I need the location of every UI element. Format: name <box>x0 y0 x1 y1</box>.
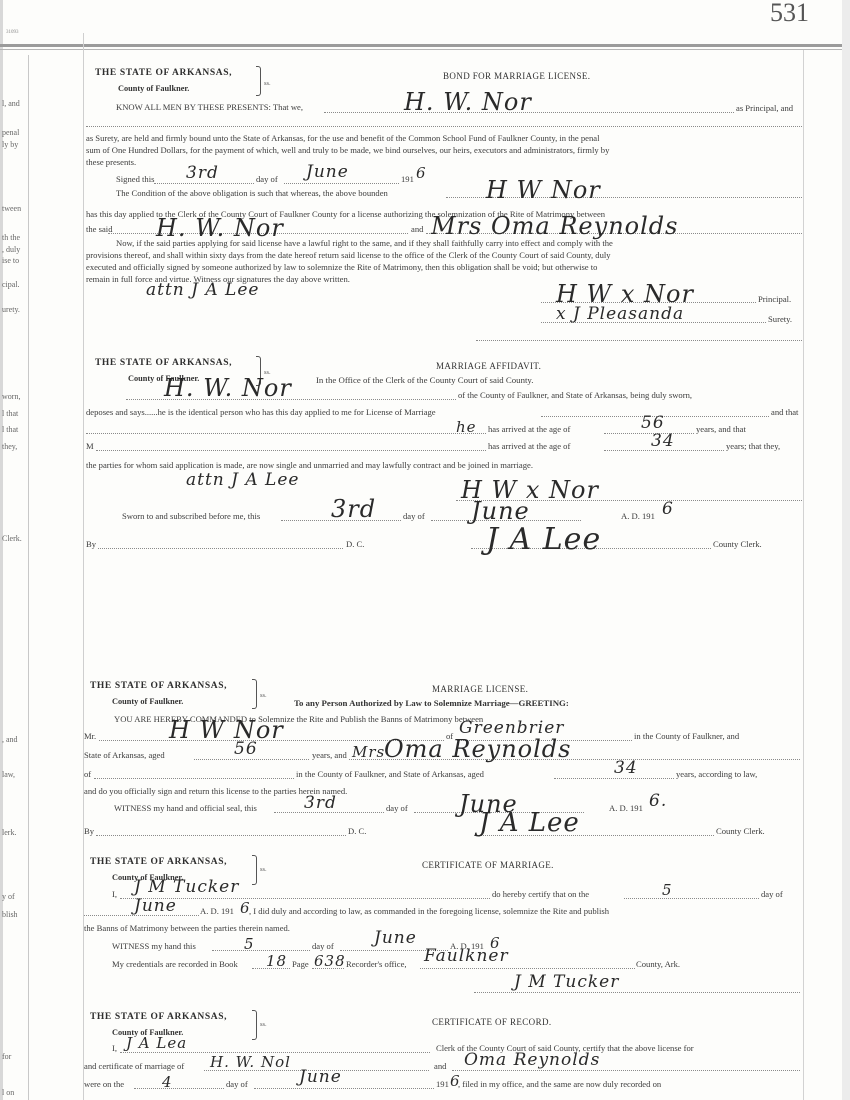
affiant-name: H. W. Nor <box>164 374 292 402</box>
marriage-month: June <box>134 896 177 916</box>
right-margin-line <box>803 50 804 1100</box>
bride-age: 34 <box>614 758 638 778</box>
state-label: THE STATE OF ARKANSAS, <box>90 857 227 867</box>
years-law-text: years, according to law, <box>676 769 757 779</box>
signed-year-digit: 6 <box>416 164 427 182</box>
dc-text: D. C. <box>346 539 364 549</box>
years-and-text: years, and <box>312 750 347 760</box>
book-number: 18 <box>266 952 287 970</box>
bleed-text: urety. <box>2 305 20 314</box>
bleed-text: , and <box>2 735 18 744</box>
conditions-line: executed and officially signed by someon… <box>86 262 597 272</box>
surety-label: Surety. <box>768 314 792 324</box>
witness-signature: attn J A Lee <box>146 280 259 300</box>
fill-line <box>212 950 310 951</box>
greeting-text: To any Person Authorized by Law to Solem… <box>294 698 569 708</box>
bleed-text: tween <box>2 204 21 213</box>
sworn-year-digit: 6 <box>662 499 674 519</box>
sworn-text: Sworn to and subscribed before me, this <box>122 511 260 521</box>
recorder-text: Recorder's office, <box>346 959 407 969</box>
day-of-text: day of <box>256 174 278 184</box>
day-of-text: day of <box>403 511 425 521</box>
sworn-month: June <box>471 497 530 525</box>
in-county-text: in the County of Faulkner, and State of … <box>296 769 484 779</box>
i-text: I, <box>112 889 117 899</box>
parties-text: the parties for whom said application is… <box>86 460 533 470</box>
ss-label: ss. <box>264 80 271 87</box>
witness-month: June <box>374 928 417 948</box>
page-label: Page <box>292 959 309 969</box>
bleed-text: l on <box>2 1088 14 1097</box>
record-month: June <box>299 1067 342 1087</box>
conditions-line: Now, if the said parties applying for sa… <box>116 238 613 248</box>
groom-name: H. W. Nol <box>210 1053 291 1071</box>
clerk-signature: J A Lee <box>479 808 580 838</box>
bleed-text: l that <box>2 425 18 434</box>
page-edge-shadow <box>0 0 3 1100</box>
clerk-name: J A Lea <box>126 1034 187 1052</box>
pronoun: he <box>456 418 477 436</box>
county-label: County of Faulkner. <box>112 697 183 706</box>
groom-age: 56 <box>641 413 665 433</box>
witness-text: WITNESS my hand and official seal, this <box>114 803 257 813</box>
credentials-text: My credentials are recorded in Book <box>112 959 238 969</box>
witness-text: WITNESS my hand this <box>112 941 196 951</box>
brace <box>252 679 257 709</box>
ad-text: A. D. 191 <box>609 803 643 813</box>
groom-name: H W Nor <box>169 716 284 744</box>
year-prefix: 191 <box>401 174 414 184</box>
attest-signature: attn J A Lee <box>186 470 299 490</box>
state-label: THE STATE OF ARKANSAS, <box>95 68 232 78</box>
fill-line <box>254 1088 434 1089</box>
bride-name: Mrs Oma Reynolds <box>431 212 678 240</box>
fill-line <box>476 340 802 341</box>
page-number: 531 <box>770 0 809 28</box>
fill-line <box>94 778 294 779</box>
know-all-text: KNOW ALL MEN BY THESE PRESENTS: That we, <box>116 102 303 112</box>
bleed-text: lerk. <box>2 828 16 837</box>
bond-paragraph-line: these presents. <box>86 157 136 167</box>
fill-line <box>624 898 759 899</box>
signed-this-text: Signed this <box>116 174 154 184</box>
ss-label: ss. <box>260 1021 267 1028</box>
bleed-text: worn, <box>2 392 20 401</box>
has-arrived-text: has arrived at the age of <box>488 441 570 451</box>
principal-name: H. W. Nor <box>404 88 532 116</box>
principal-label: Principal. <box>758 294 791 304</box>
bond-paragraph-line: as Surety, are held and firmly bound unt… <box>86 133 599 143</box>
fill-line <box>154 183 254 184</box>
top-rule-thin <box>0 49 850 50</box>
years-and-that-text: years, and that <box>696 424 746 434</box>
section-title: BOND FOR MARRIAGE LICENSE. <box>443 71 590 81</box>
bleed-text: l that <box>2 409 18 418</box>
bleed-text: ly by <box>2 140 18 149</box>
banns-text: the Banns of Matrimony between the parti… <box>84 923 290 933</box>
bounden-name: H W Nor <box>486 176 601 204</box>
as-principal-text: as Principal, and <box>736 103 793 113</box>
top-rule <box>0 44 850 47</box>
fill-line <box>474 992 800 993</box>
signed-month: June <box>306 162 349 182</box>
brace <box>252 855 257 885</box>
brace <box>256 66 261 96</box>
were-on-text: were on the <box>84 1079 124 1089</box>
fill-line <box>98 548 343 549</box>
left-margin-line <box>83 33 84 1100</box>
officiant-name: J M Tucker <box>134 877 239 897</box>
section-title: CERTIFICATE OF RECORD. <box>432 1017 552 1027</box>
day-of-text: day of <box>226 1079 248 1089</box>
fill-line <box>96 835 346 836</box>
county-clerk-label: County Clerk. <box>713 539 762 549</box>
bleed-text: they, <box>2 442 17 451</box>
bleed-text: l, and <box>2 99 20 108</box>
section-title: MARRIAGE AFFIDAVIT. <box>436 361 541 371</box>
conditions-line: provisions thereof, and shall within six… <box>86 250 611 260</box>
bond-paragraph-line: sum of One Hundred Dollars, for the paym… <box>86 145 609 155</box>
bleed-text: , duly <box>2 245 20 254</box>
ad-text: A. D. 191 <box>621 511 655 521</box>
by-text: By <box>86 539 96 549</box>
fill-line <box>452 1070 800 1071</box>
fill-line <box>604 433 694 434</box>
officiant-signature: J M Tucker <box>514 972 619 992</box>
and-cert-text: and certificate of marriage of <box>84 1061 184 1071</box>
certify-text: do hereby certify that on the <box>492 889 589 899</box>
section-title: MARRIAGE LICENSE. <box>432 684 528 694</box>
bride-age: 34 <box>651 431 675 451</box>
fill-line <box>284 183 399 184</box>
bleed-text: law, <box>2 770 15 779</box>
license-year-digit: 6. <box>649 791 667 811</box>
and-text: and <box>411 224 423 234</box>
of-text: of <box>84 769 91 779</box>
state-label: THE STATE OF ARKANSAS, <box>90 681 227 691</box>
binding-line <box>28 55 29 1100</box>
filed-text: , filed in my office, and the same are n… <box>458 1079 661 1089</box>
header-mark: 31093 <box>6 30 19 35</box>
bleed-text: y of <box>2 892 15 901</box>
has-arrived-text: has arrived at the age of <box>488 424 570 434</box>
bleed-text: ise to <box>2 256 19 265</box>
fill-line <box>86 433 486 434</box>
witness-day: 5 <box>244 935 255 953</box>
and-that-text: and that <box>771 407 798 417</box>
bleed-text: th the <box>2 233 20 242</box>
fill-line <box>194 759 309 760</box>
mr-prefix: Mr. <box>84 731 96 741</box>
day-of-text: day of <box>312 941 334 951</box>
i-text: I, <box>112 1043 117 1053</box>
page-value: 638 <box>314 952 346 970</box>
bleed-text: for <box>2 1052 11 1061</box>
and-text: and <box>434 1061 446 1071</box>
fill-line <box>96 450 486 451</box>
of-county-text: of the County of Faulkner, and State of … <box>458 390 692 400</box>
by-text: By <box>84 826 94 836</box>
state-label: THE STATE OF ARKANSAS, <box>95 358 232 368</box>
surety-signature: x J Pleasanda <box>556 304 684 324</box>
day-of-text: day of <box>761 889 783 899</box>
m-prefix: M <box>86 441 94 451</box>
bride-name: Oma Reynolds <box>384 735 571 763</box>
groom-age: 56 <box>234 739 258 759</box>
bleed-text: penal <box>2 128 19 137</box>
office-text: In the Office of the Clerk of the County… <box>316 375 533 385</box>
fill-line <box>134 1088 224 1089</box>
county-clerk-label: County Clerk. <box>716 826 765 836</box>
ss-label: ss. <box>260 866 267 873</box>
year-text: 191 <box>436 1079 449 1089</box>
state-label: THE STATE OF ARKANSAS, <box>90 1012 227 1022</box>
years-that-they-text: years; that they, <box>726 441 780 451</box>
marriage-day: 5 <box>662 881 673 899</box>
state-aged-text: State of Arkansas, aged <box>84 750 165 760</box>
fill-line <box>554 778 674 779</box>
ss-label: ss. <box>260 692 267 699</box>
ad-text: A. D. 191 <box>200 906 234 916</box>
signed-day: 3rd <box>186 163 219 183</box>
dc-text: D. C. <box>348 826 366 836</box>
bleed-text: blish <box>2 910 18 919</box>
right-page-edge <box>842 0 850 1100</box>
county-label: County of Faulkner. <box>118 84 189 93</box>
fill-line <box>86 126 802 127</box>
day-of-text: day of <box>386 803 408 813</box>
duly-text: , I did duly and according to law, as co… <box>249 906 609 916</box>
bride-name: Oma Reynolds <box>464 1050 600 1070</box>
section-title: CERTIFICATE OF MARRIAGE. <box>422 860 554 870</box>
county-ark-text: County, Ark. <box>636 959 680 969</box>
fill-line <box>420 968 635 969</box>
deposes-text: deposes and says......he is the identica… <box>86 407 436 417</box>
clerk-signature: J A Lee <box>486 522 601 557</box>
bleed-text: Clerk. <box>2 534 22 543</box>
in-county-text: in the County of Faulkner, and <box>634 731 739 741</box>
record-day: 4 <box>162 1073 173 1091</box>
license-day: 3rd <box>304 793 337 813</box>
brace <box>252 1010 257 1040</box>
recorder-county: Faulkner <box>424 946 509 966</box>
condition-text: The Condition of the above obligation is… <box>116 188 388 198</box>
bleed-text: cipal. <box>2 280 20 289</box>
sworn-day: 3rd <box>331 495 376 523</box>
